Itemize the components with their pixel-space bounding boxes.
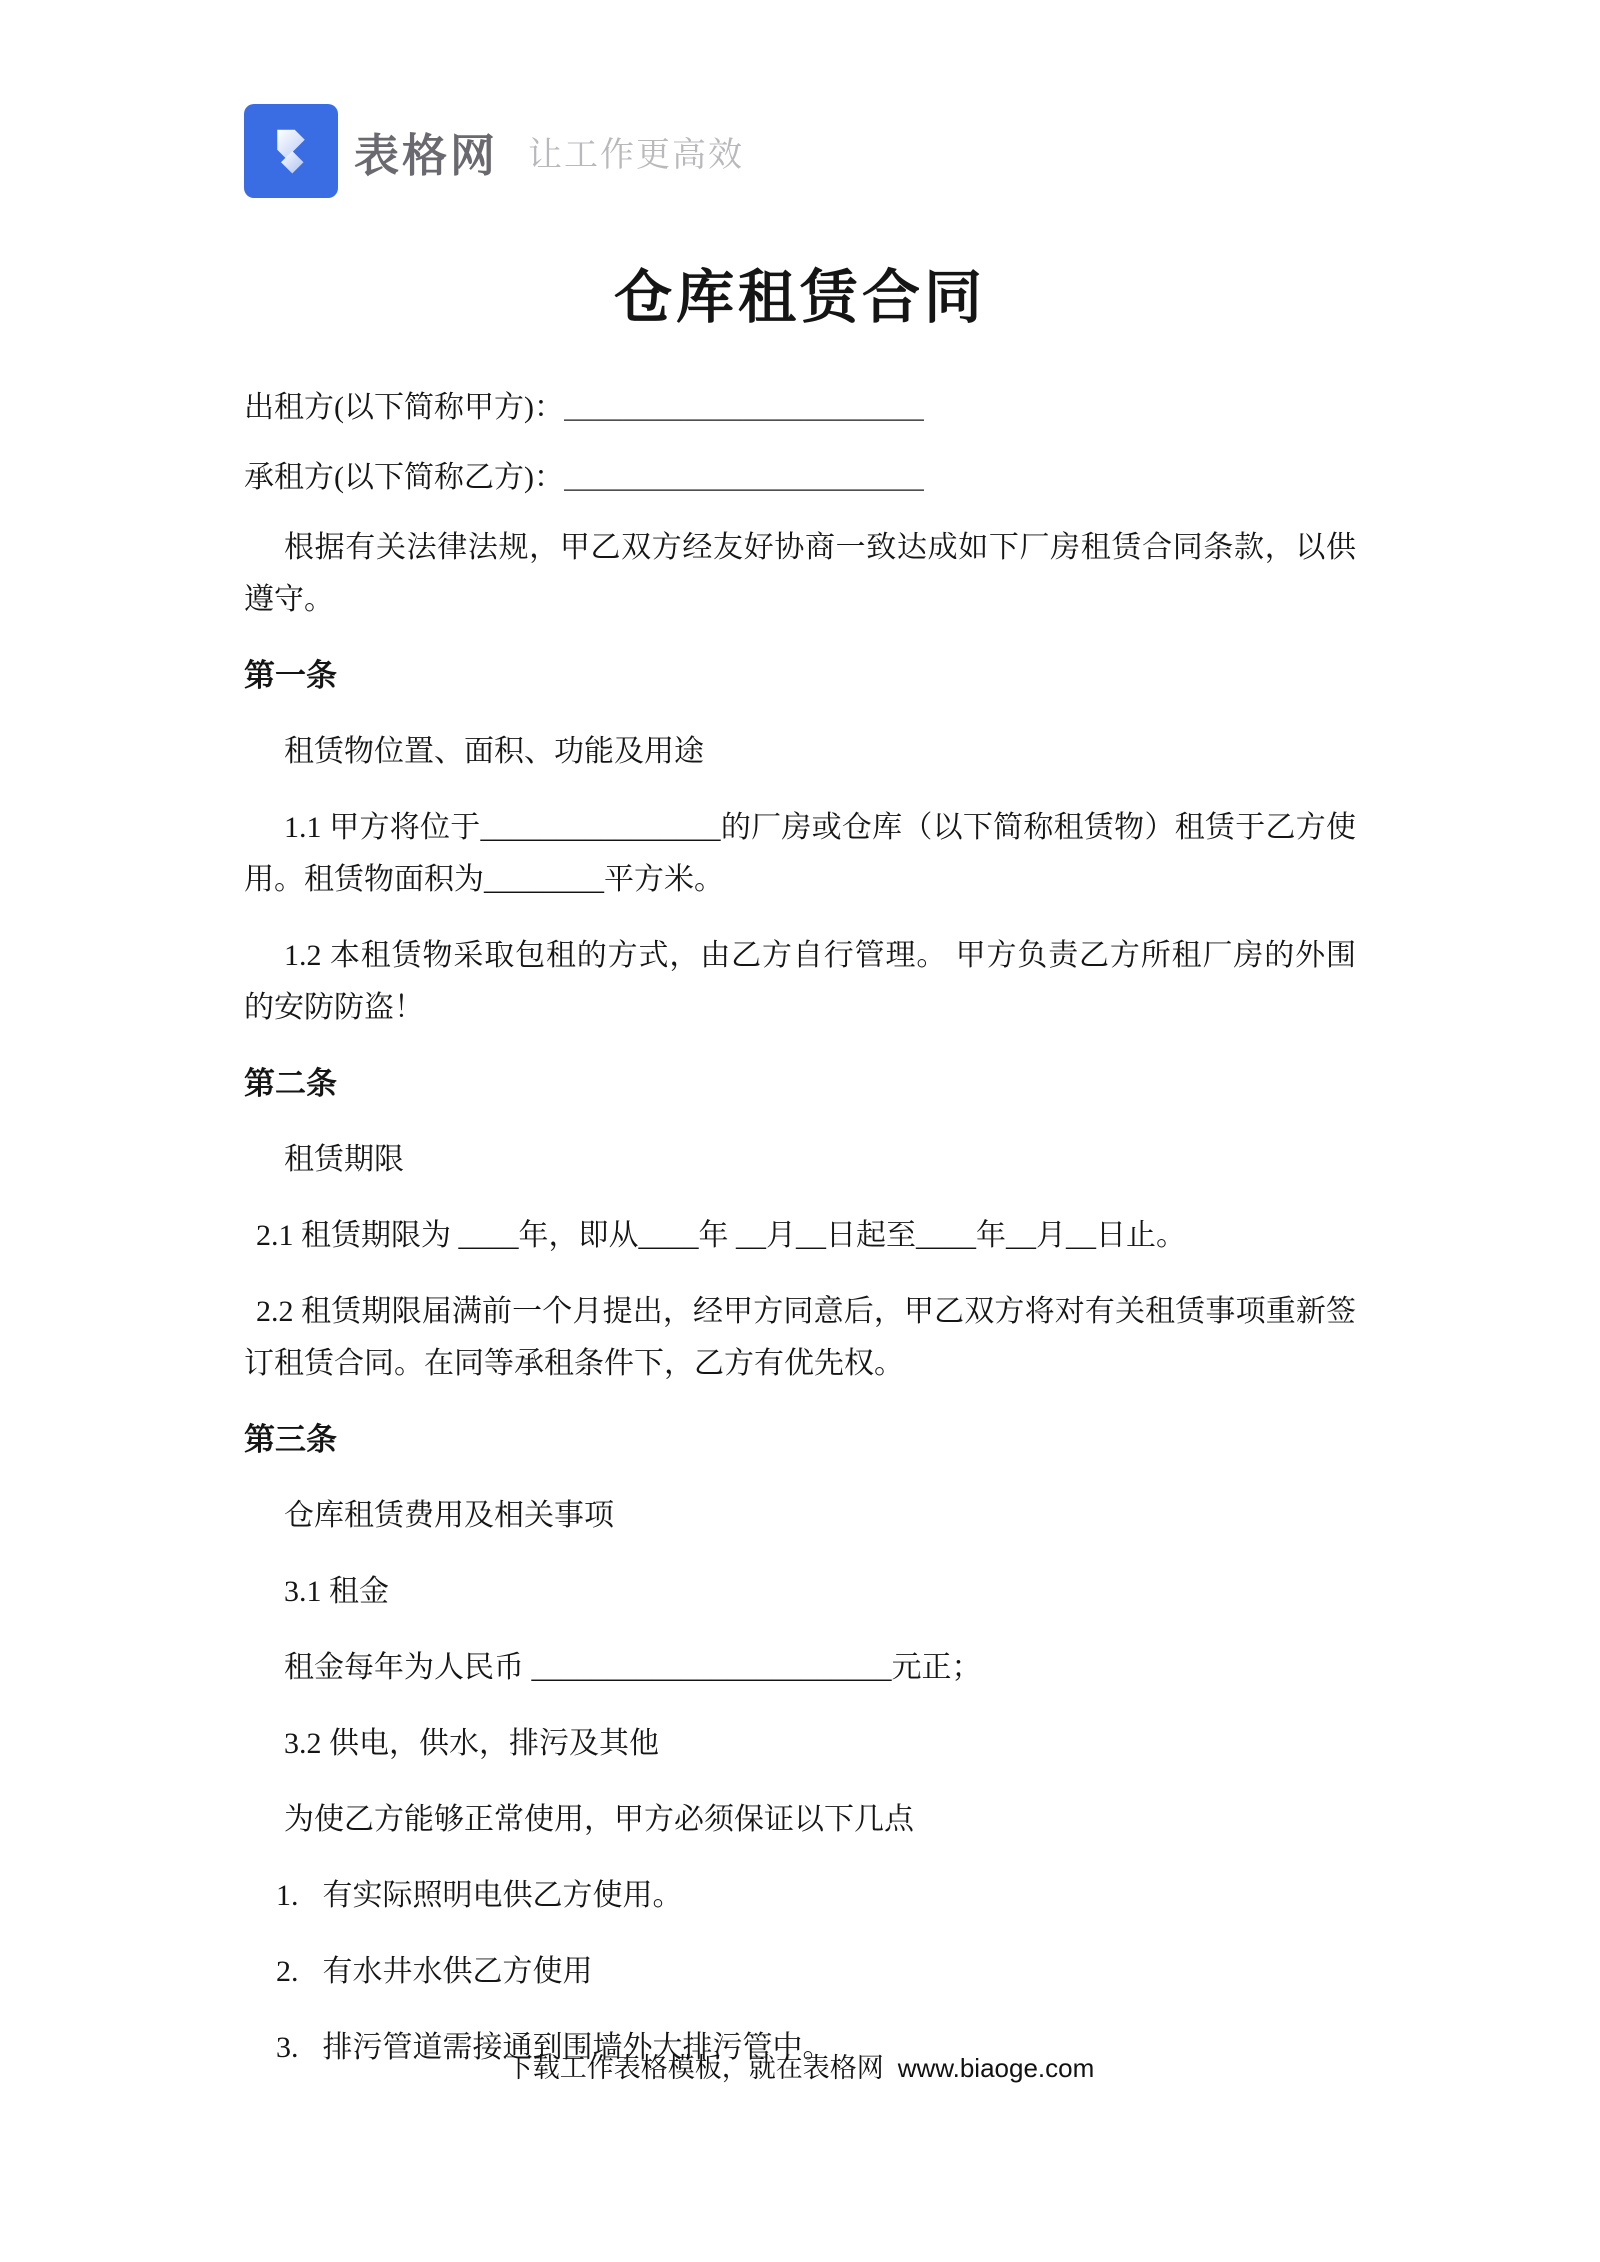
site-logo: 表格网 让工作更高效 <box>244 104 1356 198</box>
brand-tagline: 让工作更高效 <box>528 127 744 176</box>
rent-amount-line: 租金每年为人民币 ________________________元正； <box>244 1642 1356 1694</box>
article1-heading: 第一条 <box>244 650 1356 702</box>
clause-1-1: 1.1 甲方将位于________________的厂房或仓库（以下简称租赁物）… <box>244 802 1356 906</box>
page-footer: 下载工作表格模板，就在表格网www.biaoge.com <box>0 2046 1600 2085</box>
footer-text: 下载工作表格模板，就在表格网 <box>506 2053 884 2083</box>
clause-2-1: 2.1 租赁期限为 ____年，即从____年 __月__日起至____年__月… <box>244 1210 1356 1262</box>
guarantee-item-1: 1.有实际照明电供乙方使用。 <box>244 1870 1356 1922</box>
guarantee-intro: 为使乙方能够正常使用，甲方必须保证以下几点 <box>244 1794 1356 1846</box>
article2-heading: 第二条 <box>244 1058 1356 1110</box>
clause-3-2-label: 3.2 供电，供水，排污及其他 <box>244 1718 1356 1770</box>
document-page: 表格网 让工作更高效 仓库租赁合同 出租方(以下简称甲方)：＿＿＿＿＿＿＿＿＿＿… <box>0 0 1600 2262</box>
item-text: 有实际照明电供乙方使用。 <box>323 1879 683 1912</box>
guarantee-item-2: 2.有水井水供乙方使用 <box>244 1946 1356 1998</box>
item-number: 1. <box>276 1879 299 1912</box>
diamond-b-glyph <box>261 121 321 181</box>
item-text: 有水井水供乙方使用 <box>323 1955 593 1988</box>
document-content: 表格网 让工作更高效 仓库租赁合同 出租方(以下简称甲方)：＿＿＿＿＿＿＿＿＿＿… <box>0 0 1600 2074</box>
article1-subtitle: 租赁物位置、面积、功能及用途 <box>244 726 1356 778</box>
article2-subtitle: 租赁期限 <box>244 1134 1356 1186</box>
brand-name: 表格网 <box>354 119 498 184</box>
document-title: 仓库租赁合同 <box>244 250 1356 334</box>
item-number: 2. <box>276 1955 299 1988</box>
intro-paragraph: 根据有关法律法规，甲乙双方经友好协商一致达成如下厂房租赁合同条款，以供遵守。 <box>244 522 1356 626</box>
lessee-line: 承租方(以下简称乙方)：＿＿＿＿＿＿＿＿＿＿＿＿ <box>244 452 1356 504</box>
clause-1-2: 1.2 本租赁物采取包租的方式，由乙方自行管理。 甲方负责乙方所租厂房的外围的安… <box>244 930 1356 1034</box>
article3-heading: 第三条 <box>244 1414 1356 1466</box>
article3-subtitle: 仓库租赁费用及相关事项 <box>244 1490 1356 1542</box>
clause-3-1-label: 3.1 租金 <box>244 1566 1356 1618</box>
clause-2-2: 2.2 租赁期限届满前一个月提出，经甲方同意后，甲乙双方将对有关租赁事项重新签订… <box>244 1286 1356 1390</box>
biaoge-logo-icon <box>244 104 338 198</box>
footer-url: www.biaoge.com <box>898 2053 1095 2083</box>
lessor-line: 出租方(以下简称甲方)：＿＿＿＿＿＿＿＿＿＿＿＿ <box>244 382 1356 434</box>
